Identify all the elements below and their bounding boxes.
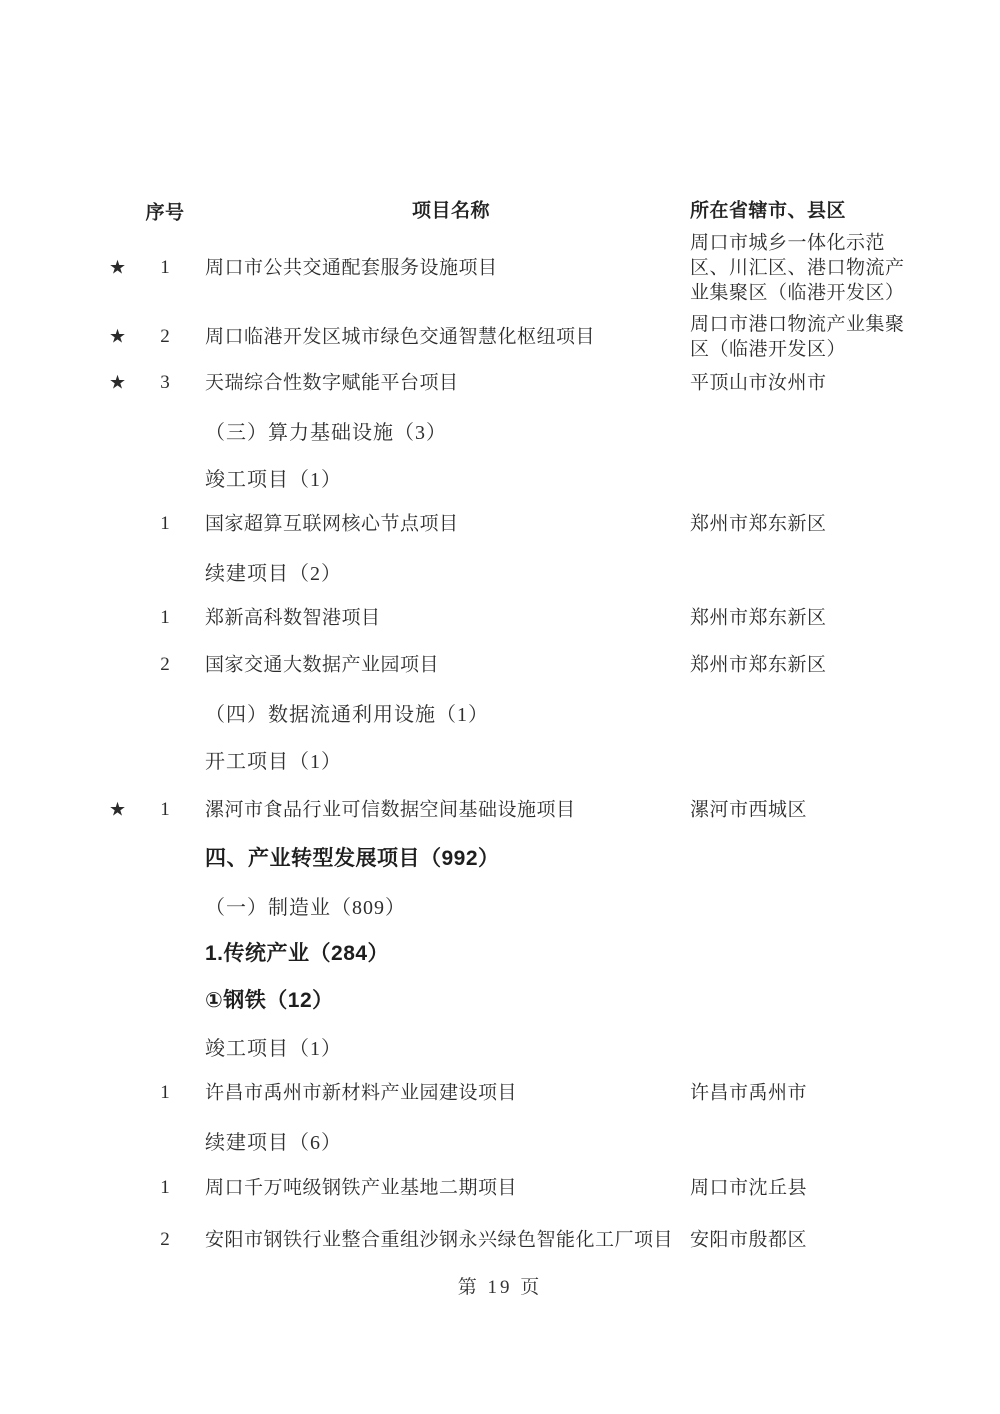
project-serial: 1 bbox=[141, 607, 189, 629]
section-heading: 开工项目（1） bbox=[0, 736, 1000, 782]
project-name: 周口市公共交通配套服务设施项目 bbox=[205, 256, 697, 281]
project-row: ★ 1 周口市公共交通配套服务设施项目 周口市城乡一体化示范 区、川汇区、港口物… bbox=[0, 226, 1000, 310]
project-name: 郑新高科数智港项目 bbox=[205, 606, 697, 631]
project-serial: 2 bbox=[141, 326, 189, 348]
project-location: 郑州市郑东新区 bbox=[690, 653, 910, 678]
column-header-serial: 序号 bbox=[141, 198, 189, 225]
project-location: 周口市港口物流产业集聚 区（临港开发区） bbox=[690, 312, 910, 362]
project-name: 国家交通大数据产业园项目 bbox=[205, 653, 697, 678]
section-heading: 竣工项目（1） bbox=[0, 454, 1000, 500]
section-heading-label: 竣工项目（1） bbox=[205, 463, 342, 492]
section-heading: 续建项目（6） bbox=[0, 1117, 1000, 1163]
section-heading-label: 续建项目（2） bbox=[205, 557, 342, 586]
section-heading-label: 续建项目（6） bbox=[205, 1126, 342, 1155]
project-row: ★ 2 周口临港开发区城市绿色交通智慧化枢纽项目 周口市港口物流产业集聚 区（临… bbox=[0, 306, 1000, 368]
project-serial: 2 bbox=[141, 1229, 189, 1251]
section-heading: 四、产业转型发展项目（992） bbox=[0, 834, 1000, 880]
section-heading: 1.传统产业（284） bbox=[0, 929, 1000, 975]
project-row: 2 安阳市钢铁行业整合重组沙钢永兴绿色智能化工厂项目 安阳市殷都区 bbox=[0, 1217, 1000, 1263]
project-name: 安阳市钢铁行业整合重组沙钢永兴绿色智能化工厂项目 bbox=[205, 1228, 697, 1253]
page-number: 第 19 页 bbox=[0, 1272, 1000, 1299]
section-heading-label: 1.传统产业（284） bbox=[205, 937, 389, 967]
section-heading-label: （三）算力基础设施（3） bbox=[205, 416, 447, 445]
project-location: 周口市城乡一体化示范 区、川汇区、港口物流产 业集聚区（临港开发区） bbox=[690, 231, 910, 306]
project-row: 1 许昌市禹州市新材料产业园建设项目 许昌市禹州市 bbox=[0, 1070, 1000, 1116]
project-serial: 2 bbox=[141, 654, 189, 676]
project-location: 许昌市禹州市 bbox=[690, 1081, 910, 1106]
column-header-location: 所在省辖市、县区 bbox=[690, 199, 910, 224]
section-heading-label: 竣工项目（1） bbox=[205, 1032, 342, 1061]
project-name: 周口千万吨级钢铁产业基地二期项目 bbox=[205, 1176, 697, 1201]
project-serial: 1 bbox=[141, 1177, 189, 1199]
star-icon: ★ bbox=[109, 257, 139, 280]
project-serial: 1 bbox=[141, 257, 189, 279]
project-location: 郑州市郑东新区 bbox=[690, 512, 910, 537]
section-heading-label: （一）制造业（809） bbox=[205, 891, 406, 920]
section-heading: （四）数据流通利用设施（1） bbox=[0, 689, 1000, 735]
section-heading-label: （四）数据流通利用设施（1） bbox=[205, 698, 489, 727]
project-row: 1 周口千万吨级钢铁产业基地二期项目 周口市沈丘县 bbox=[0, 1165, 1000, 1211]
project-serial: 1 bbox=[141, 513, 189, 535]
project-row: 2 国家交通大数据产业园项目 郑州市郑东新区 bbox=[0, 642, 1000, 688]
project-serial: 1 bbox=[141, 1082, 189, 1104]
project-row: 1 国家超算互联网核心节点项目 郑州市郑东新区 bbox=[0, 501, 1000, 547]
document-page: 序号 项目名称 所在省辖市、县区 ★ 1 周口市公共交通配套服务设施项目 周口市… bbox=[0, 0, 1000, 1414]
section-heading-label: 开工项目（1） bbox=[205, 745, 342, 774]
project-name: 许昌市禹州市新材料产业园建设项目 bbox=[205, 1081, 697, 1106]
column-header-project-name: 项目名称 bbox=[205, 199, 697, 224]
project-name: 周口临港开发区城市绿色交通智慧化枢纽项目 bbox=[205, 325, 697, 350]
project-name: 漯河市食品行业可信数据空间基础设施项目 bbox=[205, 798, 697, 823]
star-icon: ★ bbox=[109, 372, 139, 395]
project-location: 安阳市殷都区 bbox=[690, 1228, 910, 1253]
project-row: 1 郑新高科数智港项目 郑州市郑东新区 bbox=[0, 595, 1000, 641]
section-heading: （三）算力基础设施（3） bbox=[0, 407, 1000, 453]
project-row: ★ 3 天瑞综合性数字赋能平台项目 平顶山市汝州市 bbox=[0, 360, 1000, 406]
project-location: 平顶山市汝州市 bbox=[690, 371, 910, 396]
section-heading-label: 四、产业转型发展项目（992） bbox=[205, 842, 500, 872]
project-location: 周口市沈丘县 bbox=[690, 1176, 910, 1201]
star-icon: ★ bbox=[109, 326, 139, 349]
project-location: 漯河市西城区 bbox=[690, 798, 910, 823]
section-heading-label: ①钢铁（12） bbox=[205, 984, 334, 1014]
section-heading: ①钢铁（12） bbox=[0, 976, 1000, 1022]
project-location: 郑州市郑东新区 bbox=[690, 606, 910, 631]
project-row: ★ 1 漯河市食品行业可信数据空间基础设施项目 漯河市西城区 bbox=[0, 787, 1000, 833]
project-serial: 1 bbox=[141, 799, 189, 821]
star-icon: ★ bbox=[109, 799, 139, 822]
section-heading: 竣工项目（1） bbox=[0, 1023, 1000, 1069]
section-heading: 续建项目（2） bbox=[0, 548, 1000, 594]
project-name: 国家超算互联网核心节点项目 bbox=[205, 512, 697, 537]
project-name: 天瑞综合性数字赋能平台项目 bbox=[205, 371, 697, 396]
project-serial: 3 bbox=[141, 372, 189, 394]
section-heading: （一）制造业（809） bbox=[0, 882, 1000, 928]
